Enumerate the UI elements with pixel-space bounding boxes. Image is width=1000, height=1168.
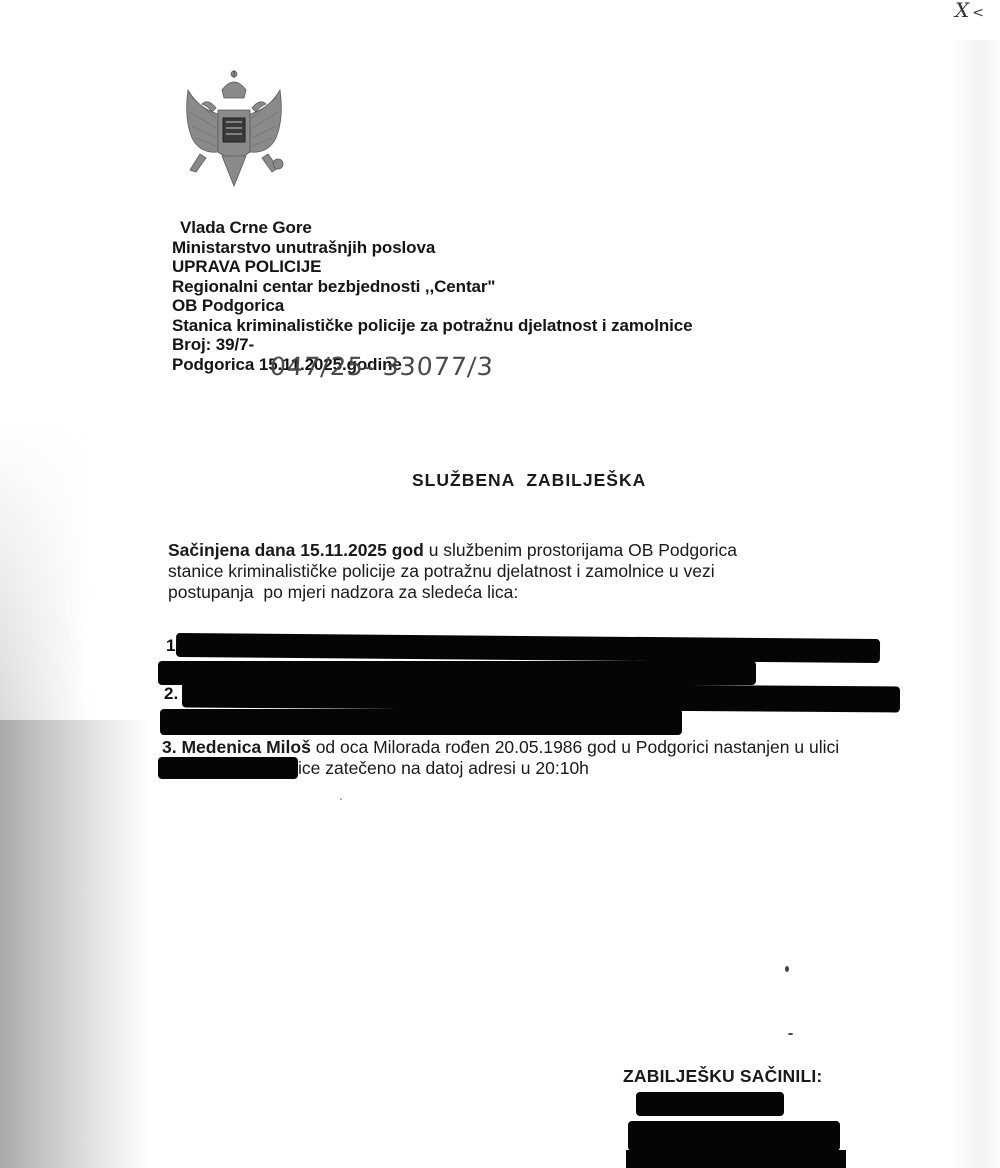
header-ministry: Ministarstvo unutrašnjih poslova <box>172 238 692 258</box>
person-3-name: Medenica Miloš <box>181 737 310 757</box>
intro-line1-rest: u službenim prostorijama OB Podgorica <box>424 540 737 560</box>
intro-line2: stanice kriminalističke policije za potr… <box>168 561 888 582</box>
signature-redaction <box>626 1150 846 1168</box>
intro-paragraph: Sačinjena dana 15.11.2025 god u službeni… <box>168 540 888 603</box>
redaction-bar <box>158 757 298 779</box>
header-government: Vlada Crne Gore <box>172 218 692 238</box>
scan-speck <box>340 798 342 800</box>
person-3-entry: 3. Medenica Miloš od oca Milorada rođen … <box>162 737 922 758</box>
scan-speck <box>788 1033 793 1035</box>
signature-redaction <box>628 1121 840 1151</box>
header-directorate: UPRAVA POLICIJE <box>172 257 692 277</box>
header-station: Stanica kriminalističke policije za potr… <box>172 316 692 336</box>
header-regional-center: Regionalni centar bezbjednosti ,,Centar" <box>172 277 692 297</box>
redaction-bar <box>160 709 682 735</box>
scan-speck <box>785 966 789 972</box>
scan-shadow <box>0 720 150 1168</box>
signature-label: ZABILJEŠKU SAČINILI: <box>623 1066 822 1087</box>
coat-of-arms-icon <box>178 68 290 192</box>
signature-redaction <box>636 1092 784 1116</box>
corner-mark-letter: X <box>955 0 969 22</box>
corner-mark-symbol: < <box>972 5 984 21</box>
header-department: OB Podgorica <box>172 296 692 316</box>
person-3-details: od oca Milorada rođen 20.05.1986 god u P… <box>311 737 839 757</box>
person-2-number: 2. <box>164 684 178 704</box>
scan-shadow <box>950 40 1000 1168</box>
redaction-bar <box>176 633 880 663</box>
scan-shadow <box>0 420 90 740</box>
intro-date-bold: Sačinjena dana 15.11.2025 god <box>168 540 424 560</box>
redaction-bar <box>182 681 900 712</box>
document-header: Vlada Crne Gore Ministarstvo unutrašnjih… <box>172 218 692 374</box>
handwritten-corner-mark: X< <box>955 0 984 22</box>
handwritten-reference-number: 047/25- 33077/3 <box>269 352 495 381</box>
person-1-number: 1 <box>166 636 175 656</box>
person-3-number: 3. <box>162 737 177 757</box>
document-title: SLUŽBENA ZABILJEŠKA <box>412 470 646 491</box>
person-3-line2: ice zatečeno na datoj adresi u 20:10h <box>298 758 589 779</box>
intro-line3: postupanja po mjeri nadzora za sledeća l… <box>168 582 888 603</box>
